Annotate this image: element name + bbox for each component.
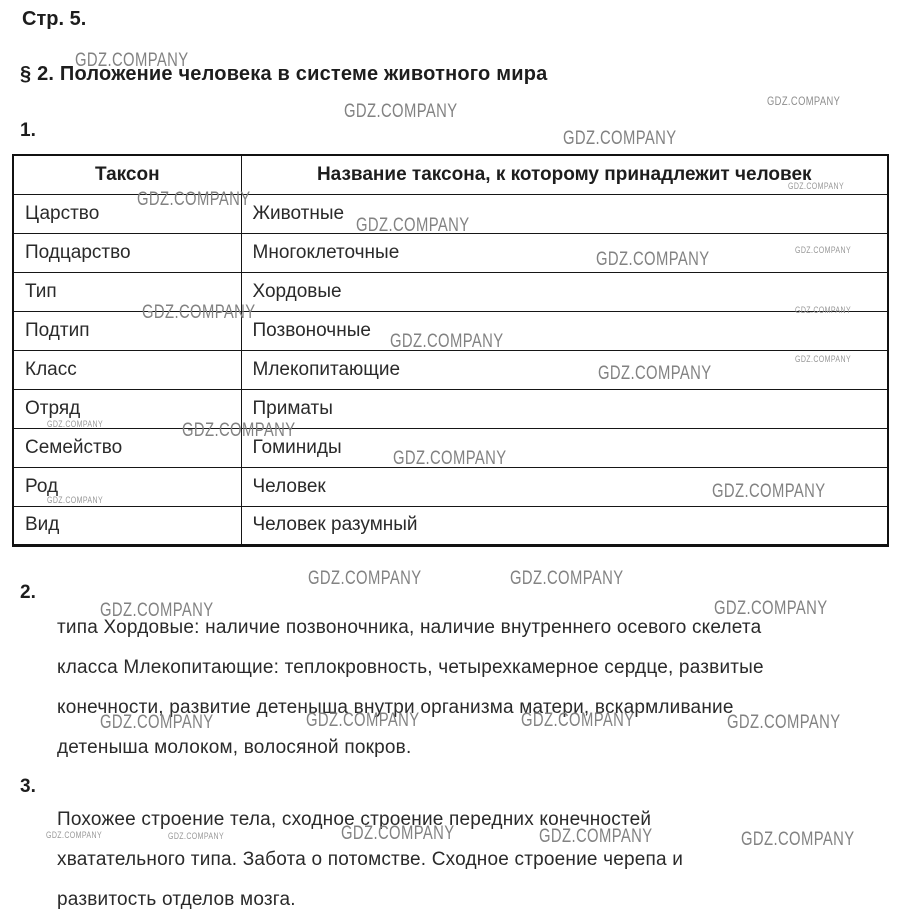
watermark-text: GDZ.COMPANY [510,568,624,590]
watermark-text: GDZ.COMPANY [308,568,422,590]
taxon-cell: Подцарство [13,233,241,272]
value-cell: Человек [241,467,888,506]
value-cell: Многоклеточные [241,233,888,272]
table-row: Подцарство Многоклеточные [13,233,888,272]
question-number-2: 2. [20,582,36,604]
value-cell: Хордовые [241,272,888,311]
table-row: Вид Человек разумный [13,506,888,545]
section-heading: § 2. Положение человека в системе животн… [20,63,547,86]
watermark-text: GDZ.COMPANY [767,94,840,108]
table-row: Род Человек [13,467,888,506]
table-row: Класс Млекопитающие [13,350,888,389]
answer-2-line: класса Млекопитающие: теплокровность, че… [57,648,877,688]
question-number-1: 1. [20,120,36,142]
answer-2-line: конечности, развитие детеныша внутри орг… [57,688,877,728]
watermark-text: GDZ.COMPANY [563,128,677,150]
table-row: Тип Хордовые [13,272,888,311]
answer-2-line: детеныша молоком, волосяной покров. [57,728,877,768]
answer-2-line: типа Хордовые: наличие позвоночника, нал… [57,608,877,648]
document-page: Стр. 5. § 2. Положение человека в систем… [0,0,903,919]
table-row: Царство Животные [13,194,888,233]
answer-3-paragraph: Похожее строение тела, сходное строение … [57,800,877,919]
taxon-cell: Подтип [13,311,241,350]
taxon-cell: Царство [13,194,241,233]
table-header-value: Название таксона, к которому принадлежит… [241,155,888,194]
table-row: Семейство Гоминиды [13,428,888,467]
taxon-cell: Вид [13,506,241,545]
question-number-3: 3. [20,776,36,798]
page-label: Стр. 5. [22,8,86,31]
value-cell: Гоминиды [241,428,888,467]
value-cell: Человек разумный [241,506,888,545]
taxon-cell: Класс [13,350,241,389]
answer-3-line: развитость отделов мозга. [57,880,877,919]
table-header-taxon: Таксон [13,155,241,194]
table-row: Подтип Позвоночные [13,311,888,350]
table-header-row: Таксон Название таксона, к которому прин… [13,155,888,194]
answer-3-line: хватательного типа. Забота о потомстве. … [57,840,877,880]
watermark-text: GDZ.COMPANY [344,101,458,123]
taxon-cell: Отряд [13,389,241,428]
taxon-table: Таксон Название таксона, к которому прин… [12,154,889,547]
taxon-cell: Род [13,467,241,506]
answer-2-paragraph: типа Хордовые: наличие позвоночника, нал… [57,608,877,768]
taxon-cell: Тип [13,272,241,311]
table-row: Отряд Приматы [13,389,888,428]
value-cell: Позвоночные [241,311,888,350]
value-cell: Животные [241,194,888,233]
taxon-cell: Семейство [13,428,241,467]
value-cell: Млекопитающие [241,350,888,389]
answer-3-line: Похожее строение тела, сходное строение … [57,800,877,840]
value-cell: Приматы [241,389,888,428]
